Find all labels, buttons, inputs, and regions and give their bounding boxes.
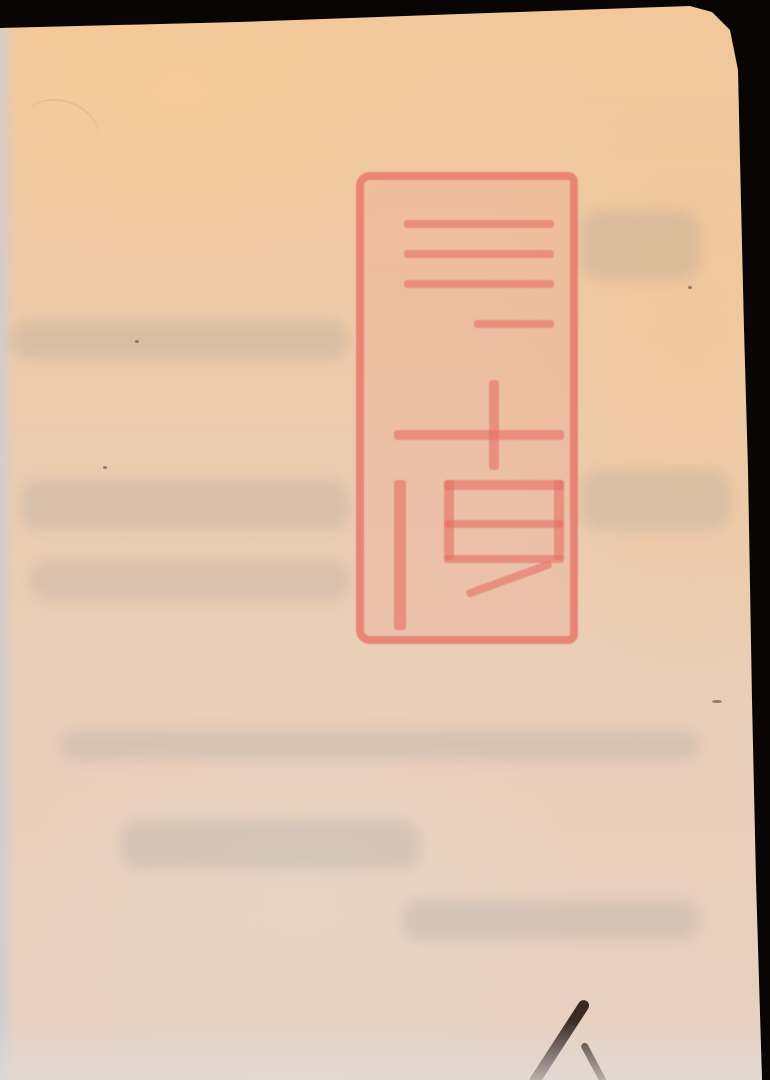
paper-crease bbox=[12, 89, 107, 173]
paper-bottom-haze bbox=[0, 1020, 770, 1080]
paper-speck bbox=[712, 700, 722, 703]
seal-glyph-stroke bbox=[404, 280, 554, 288]
seal-glyph-stroke bbox=[474, 320, 554, 328]
bleed-through-text bbox=[400, 900, 700, 940]
seal-glyph-stroke bbox=[444, 520, 564, 528]
bleed-through-text bbox=[120, 820, 420, 870]
seal-glyph-stroke bbox=[394, 430, 564, 440]
paper-speck bbox=[103, 466, 107, 469]
paper-sheet bbox=[0, 0, 770, 1080]
image-description: Photograph of an old hand-made paper she… bbox=[0, 0, 1, 1]
bleed-through-text bbox=[580, 470, 730, 530]
red-seal-stamp bbox=[356, 172, 578, 644]
bleed-through-text bbox=[580, 210, 700, 280]
paper-speck bbox=[688, 286, 692, 289]
photo-scene: Photograph of an old hand-made paper she… bbox=[0, 0, 770, 1080]
seal-glyph-stroke bbox=[489, 380, 499, 470]
seal-glyph-stroke bbox=[404, 220, 554, 228]
seal-glyph-stroke bbox=[465, 560, 552, 598]
bleed-through-text bbox=[20, 480, 350, 530]
bleed-through-text bbox=[10, 320, 350, 360]
bleed-through-text bbox=[60, 730, 700, 760]
seal-glyph-stroke bbox=[404, 250, 554, 258]
paper-speck bbox=[135, 340, 139, 343]
seal-glyph-stroke bbox=[444, 480, 564, 490]
bleed-through-text bbox=[30, 560, 350, 600]
paper-left-edge bbox=[0, 30, 16, 1080]
seal-glyph-stroke bbox=[394, 480, 406, 630]
